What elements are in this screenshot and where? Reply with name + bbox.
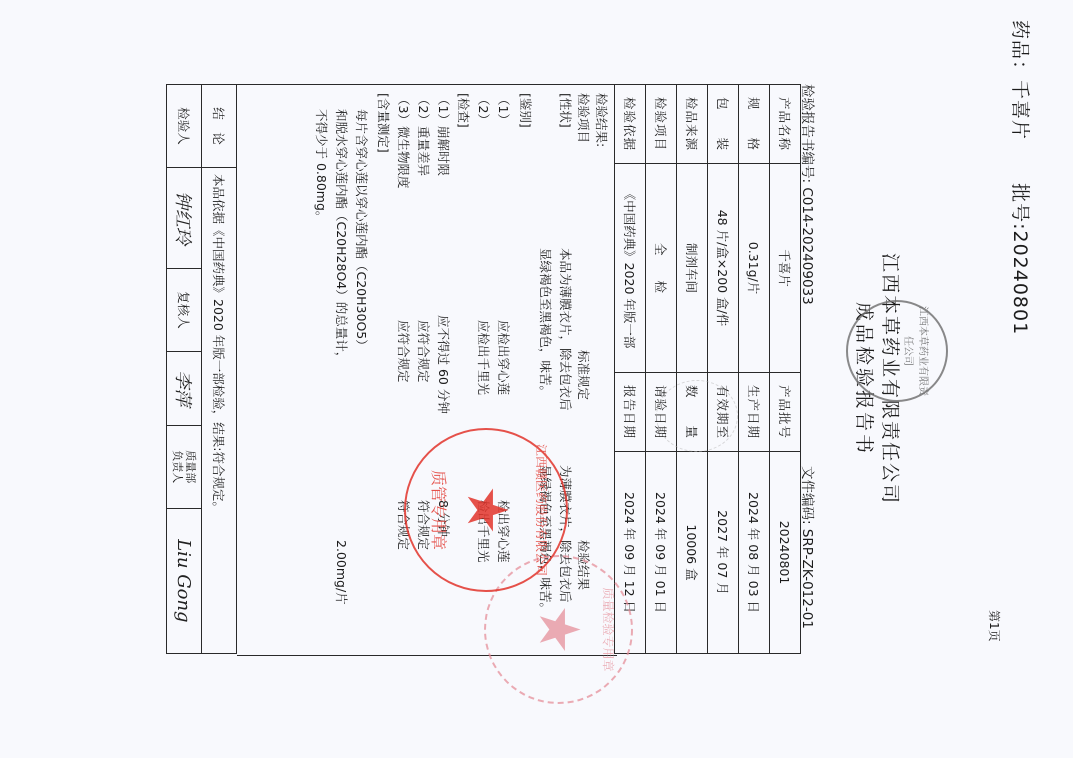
inspector-label: 检验人 — [167, 85, 202, 168]
page-number: 第1页 — [986, 610, 1003, 642]
info-label: 检验依据 — [615, 85, 646, 164]
conclusion-label: 结 论 — [202, 85, 237, 168]
report-number-value: C014-202409033 — [799, 187, 815, 304]
identification-label: [鉴别] — [517, 93, 535, 128]
info-label-2: 生产日期 — [739, 373, 770, 452]
info-label: 检品来源 — [677, 85, 708, 164]
product-info-table: 产品名称千喜片产品批号20240801规 格0.31g/片生产日期2024 年 … — [614, 84, 801, 654]
insp-2-standard: 应符合规定 — [415, 320, 433, 383]
drug-name: 千喜片 — [1009, 80, 1031, 140]
document-page: 药品：千喜片 批号:20240801 第1页 江西本草药业有限责任公司 成品检验… — [0, 0, 1073, 758]
info-label: 产品名称 — [770, 85, 801, 164]
info-value: 48 片/盒×200 盒/件 — [708, 164, 739, 373]
info-value-2: 2024 年 09 月 01 日 — [646, 452, 677, 654]
info-label: 规 格 — [739, 85, 770, 164]
info-value: 千喜片 — [770, 164, 801, 373]
report-number: 检验报告书编号: C014-202409033 — [799, 84, 819, 305]
info-label: 包 装 — [708, 85, 739, 164]
info-row: 包 装48 片/盒×200 盒/件有效期至2027 年 07 月 — [708, 85, 739, 654]
ident-1-standard: 应检出穿心莲 — [495, 320, 513, 395]
character-standard-1: 本品为薄膜衣片，除去包衣后 — [557, 248, 575, 411]
insp-2-label: （2）重量差异 — [415, 93, 433, 176]
company-seal-text: 江西本草药业有限责任公司 — [902, 302, 932, 400]
character-standard-2: 显绿褐色至黑褐色，味苦。 — [537, 248, 555, 398]
info-value-2: 20240801 — [770, 452, 801, 654]
qa-seal-stamp: 江西赣医药股份有限公司 ★ 质管专用章 — [404, 428, 568, 592]
ident-2-label: （2） — [475, 93, 493, 126]
report-number-label: 检验报告书编号: — [799, 84, 815, 183]
qa-manager-label: 质量部 负责人 — [167, 425, 202, 508]
drug-label: 药品： — [1009, 20, 1031, 80]
info-value-2: 2027 年 07 月 — [708, 452, 739, 654]
lot-value: 20240801 — [1009, 230, 1031, 335]
assay-label: [含量测定] — [375, 93, 393, 153]
col-standard-header: 标准规定 — [575, 350, 593, 400]
info-row: 检品来源制剂车间数 量10006 盒 — [677, 85, 708, 654]
character-label: [性状] — [557, 93, 575, 128]
inspection-seal-text: 质量检验专用章 — [600, 557, 617, 702]
info-row: 检验项目全 检请验日期2024 年 09 月 01 日 — [646, 85, 677, 654]
col-item-header: 检验项目 — [575, 93, 593, 143]
assay-text-1: 每片含穿心莲以穿心莲内酯（C20H30O5） — [353, 109, 371, 352]
conclusion-text: 本品依据《中国药典》2020 年版一部检验，结果:符合规定。 — [202, 168, 237, 654]
info-row: 规 格0.31g/片生产日期2024 年 08 月 03 日 — [739, 85, 770, 654]
document-code-label: 文件编码: — [799, 466, 815, 525]
document-code-value: SRP-ZK-012-01 — [799, 529, 815, 629]
inspector-signature: 钟红玲 — [167, 168, 202, 269]
qa-seal-text: 质管专用章 — [428, 430, 451, 590]
insp-3-label: （3）微生物限度 — [395, 93, 413, 188]
assay-result: 2.00mg/片 — [333, 540, 351, 605]
info-row: 检验依据《中国药典》2020 年版一部报告日期2024 年 09 月 12 日 — [615, 85, 646, 654]
qa-signature: Liu Gong — [167, 508, 202, 653]
info-label: 检验项目 — [646, 85, 677, 164]
reviewer-label: 复核人 — [167, 268, 202, 351]
info-value: 全 检 — [646, 164, 677, 373]
lot-label: 批号: — [1009, 183, 1031, 230]
company-seal-stamp: 江西本草药业有限责任公司 — [846, 300, 948, 402]
insp-3-standard: 应符合规定 — [395, 320, 413, 383]
info-value-2: 2024 年 08 月 03 日 — [739, 452, 770, 654]
ident-2-standard: 应检出千里光 — [475, 320, 493, 395]
info-label-2: 产品批号 — [770, 373, 801, 452]
info-value: 制剂车间 — [677, 164, 708, 373]
ident-1-label: （1） — [495, 93, 513, 126]
info-value: 《中国药典》2020 年版一部 — [615, 164, 646, 373]
info-label-2: 报告日期 — [615, 373, 646, 452]
info-value-2: 10006 盒 — [677, 452, 708, 654]
document-header: 药品：千喜片 批号:20240801 — [1008, 20, 1035, 335]
reviewer-signature: 李萍 — [167, 351, 202, 425]
star-icon: ★ — [531, 604, 587, 654]
insp-1-label: （1）崩解时限 — [435, 93, 453, 176]
qa-label-line-2: 负责人 — [171, 432, 184, 502]
qa-label-line-1: 质量部 — [184, 432, 197, 502]
qa-seal-org: 江西赣医药股份有限公司 — [533, 430, 550, 590]
inspection-label: [检查] — [455, 93, 473, 128]
assay-text-3: 不得少于 0.80mg。 — [313, 109, 331, 223]
insp-1-standard: 应不得过 60 分钟 — [435, 315, 453, 414]
info-value: 0.31g/片 — [739, 164, 770, 373]
conclusion-table: 结 论 本品依据《中国药典》2020 年版一部检验，结果:符合规定。 检验人 钟… — [166, 84, 237, 654]
star-icon: ★ — [458, 485, 514, 535]
info-row: 产品名称千喜片产品批号20240801 — [770, 85, 801, 654]
assay-text-2: 和脱水穿心莲内酯（C20H28O4）的总量计， — [333, 109, 351, 364]
results-title: 检验结果: — [593, 93, 611, 147]
document-code: 文件编码: SRP-ZK-012-01 — [799, 466, 819, 629]
faint-seal-impression — [656, 380, 738, 452]
